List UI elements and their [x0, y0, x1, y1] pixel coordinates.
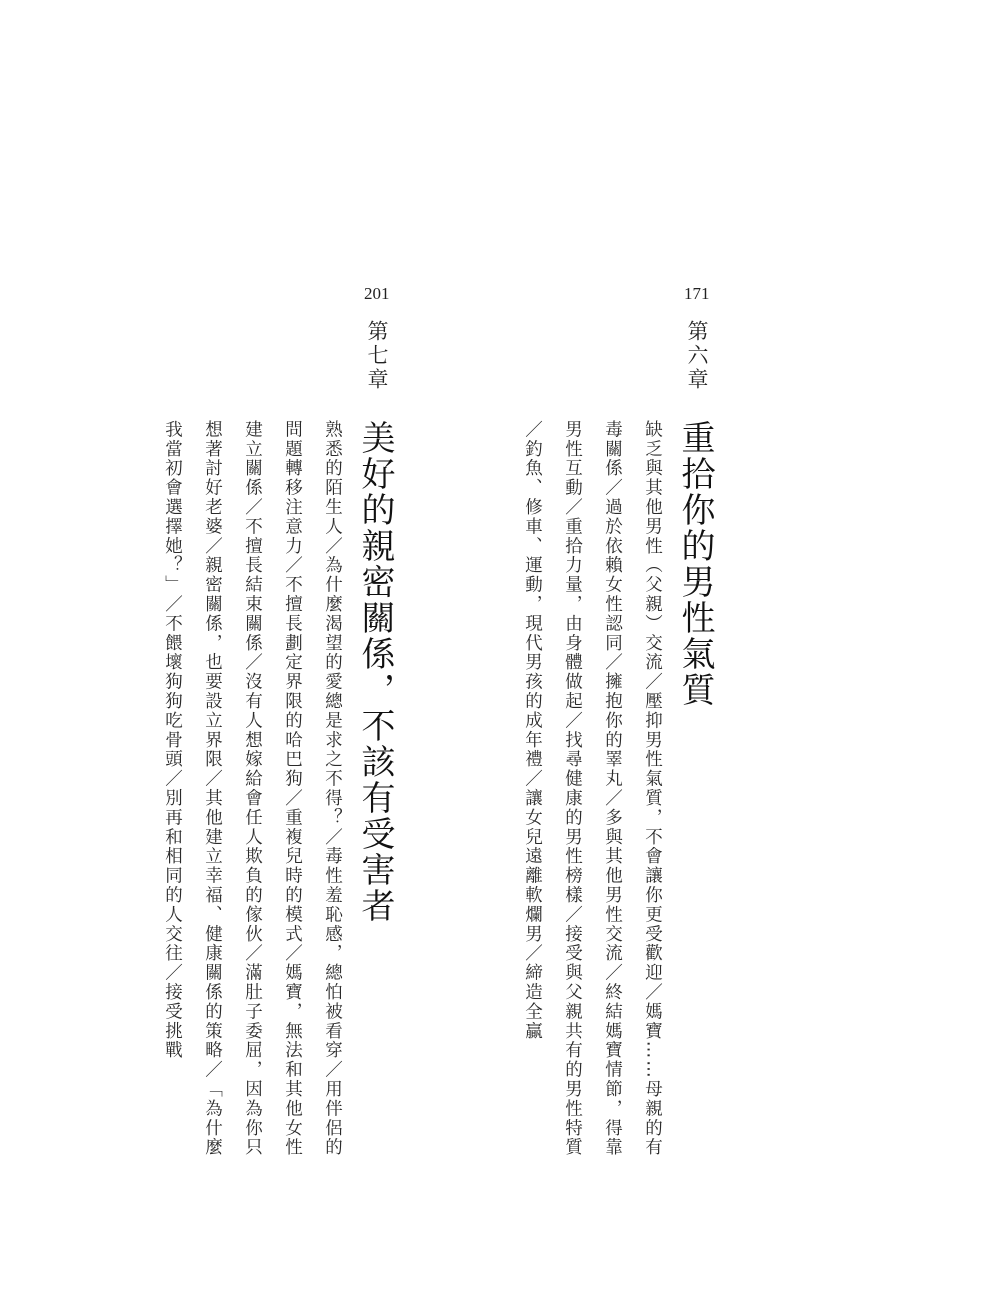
- toc-subheading-line: 問題轉移注意力／不擅長劃定界限的哈巴狗／重複兒時的模式／媽寶，無法和其他女性: [283, 420, 301, 1157]
- page-number: 201: [364, 284, 390, 304]
- toc-subheading-line: ／釣魚、修車、運動，現代男孩的成年禮／讓女兒遠離軟爛男／締造全贏: [523, 420, 541, 1041]
- toc-subheading-line: 熟悉的陌生人／為什麼渴望的愛總是求之不得？／毒性羞恥感，總怕被看穿／用伴侶的: [323, 420, 341, 1157]
- chapter-title: 重拾你的男性氣質: [678, 420, 712, 708]
- toc-subheading-line: 想著討好老婆／親密關係，也要設立界限／其他建立幸福、健康關係的策略／「為什麼: [203, 420, 221, 1157]
- toc-subheading-line: 毒關係／過於依賴女性認同／擁抱你的睪丸／多與其他男性交流／終結媽寶情節，得靠: [603, 420, 621, 1157]
- toc-subheading-line: 我當初會選擇她？」／不餵壞狗狗吃骨頭／別再和相同的人交往／接受挑戰: [163, 420, 181, 1060]
- chapter-title: 美好的親密關係，不該有受害者: [358, 420, 392, 924]
- toc-subheading-line: 男性互動／重拾力量，由身體做起／找尋健康的男性榜樣／接受與父親共有的男性特質: [563, 420, 581, 1157]
- chapter-label: 第六章: [686, 320, 707, 392]
- toc-subheading-line: 建立關係／不擅長結束關係／沒有人想嫁給會任人欺負的傢伙／滿肚子委屈，因為你只: [243, 420, 261, 1157]
- chapter-label: 第七章: [366, 320, 387, 392]
- toc-subheading-line: 缺乏與其他男性（父親）交流／壓抑男性氣質，不會讓你更受歡迎／媽寶……母親的有: [643, 420, 661, 1157]
- page-number: 171: [684, 284, 710, 304]
